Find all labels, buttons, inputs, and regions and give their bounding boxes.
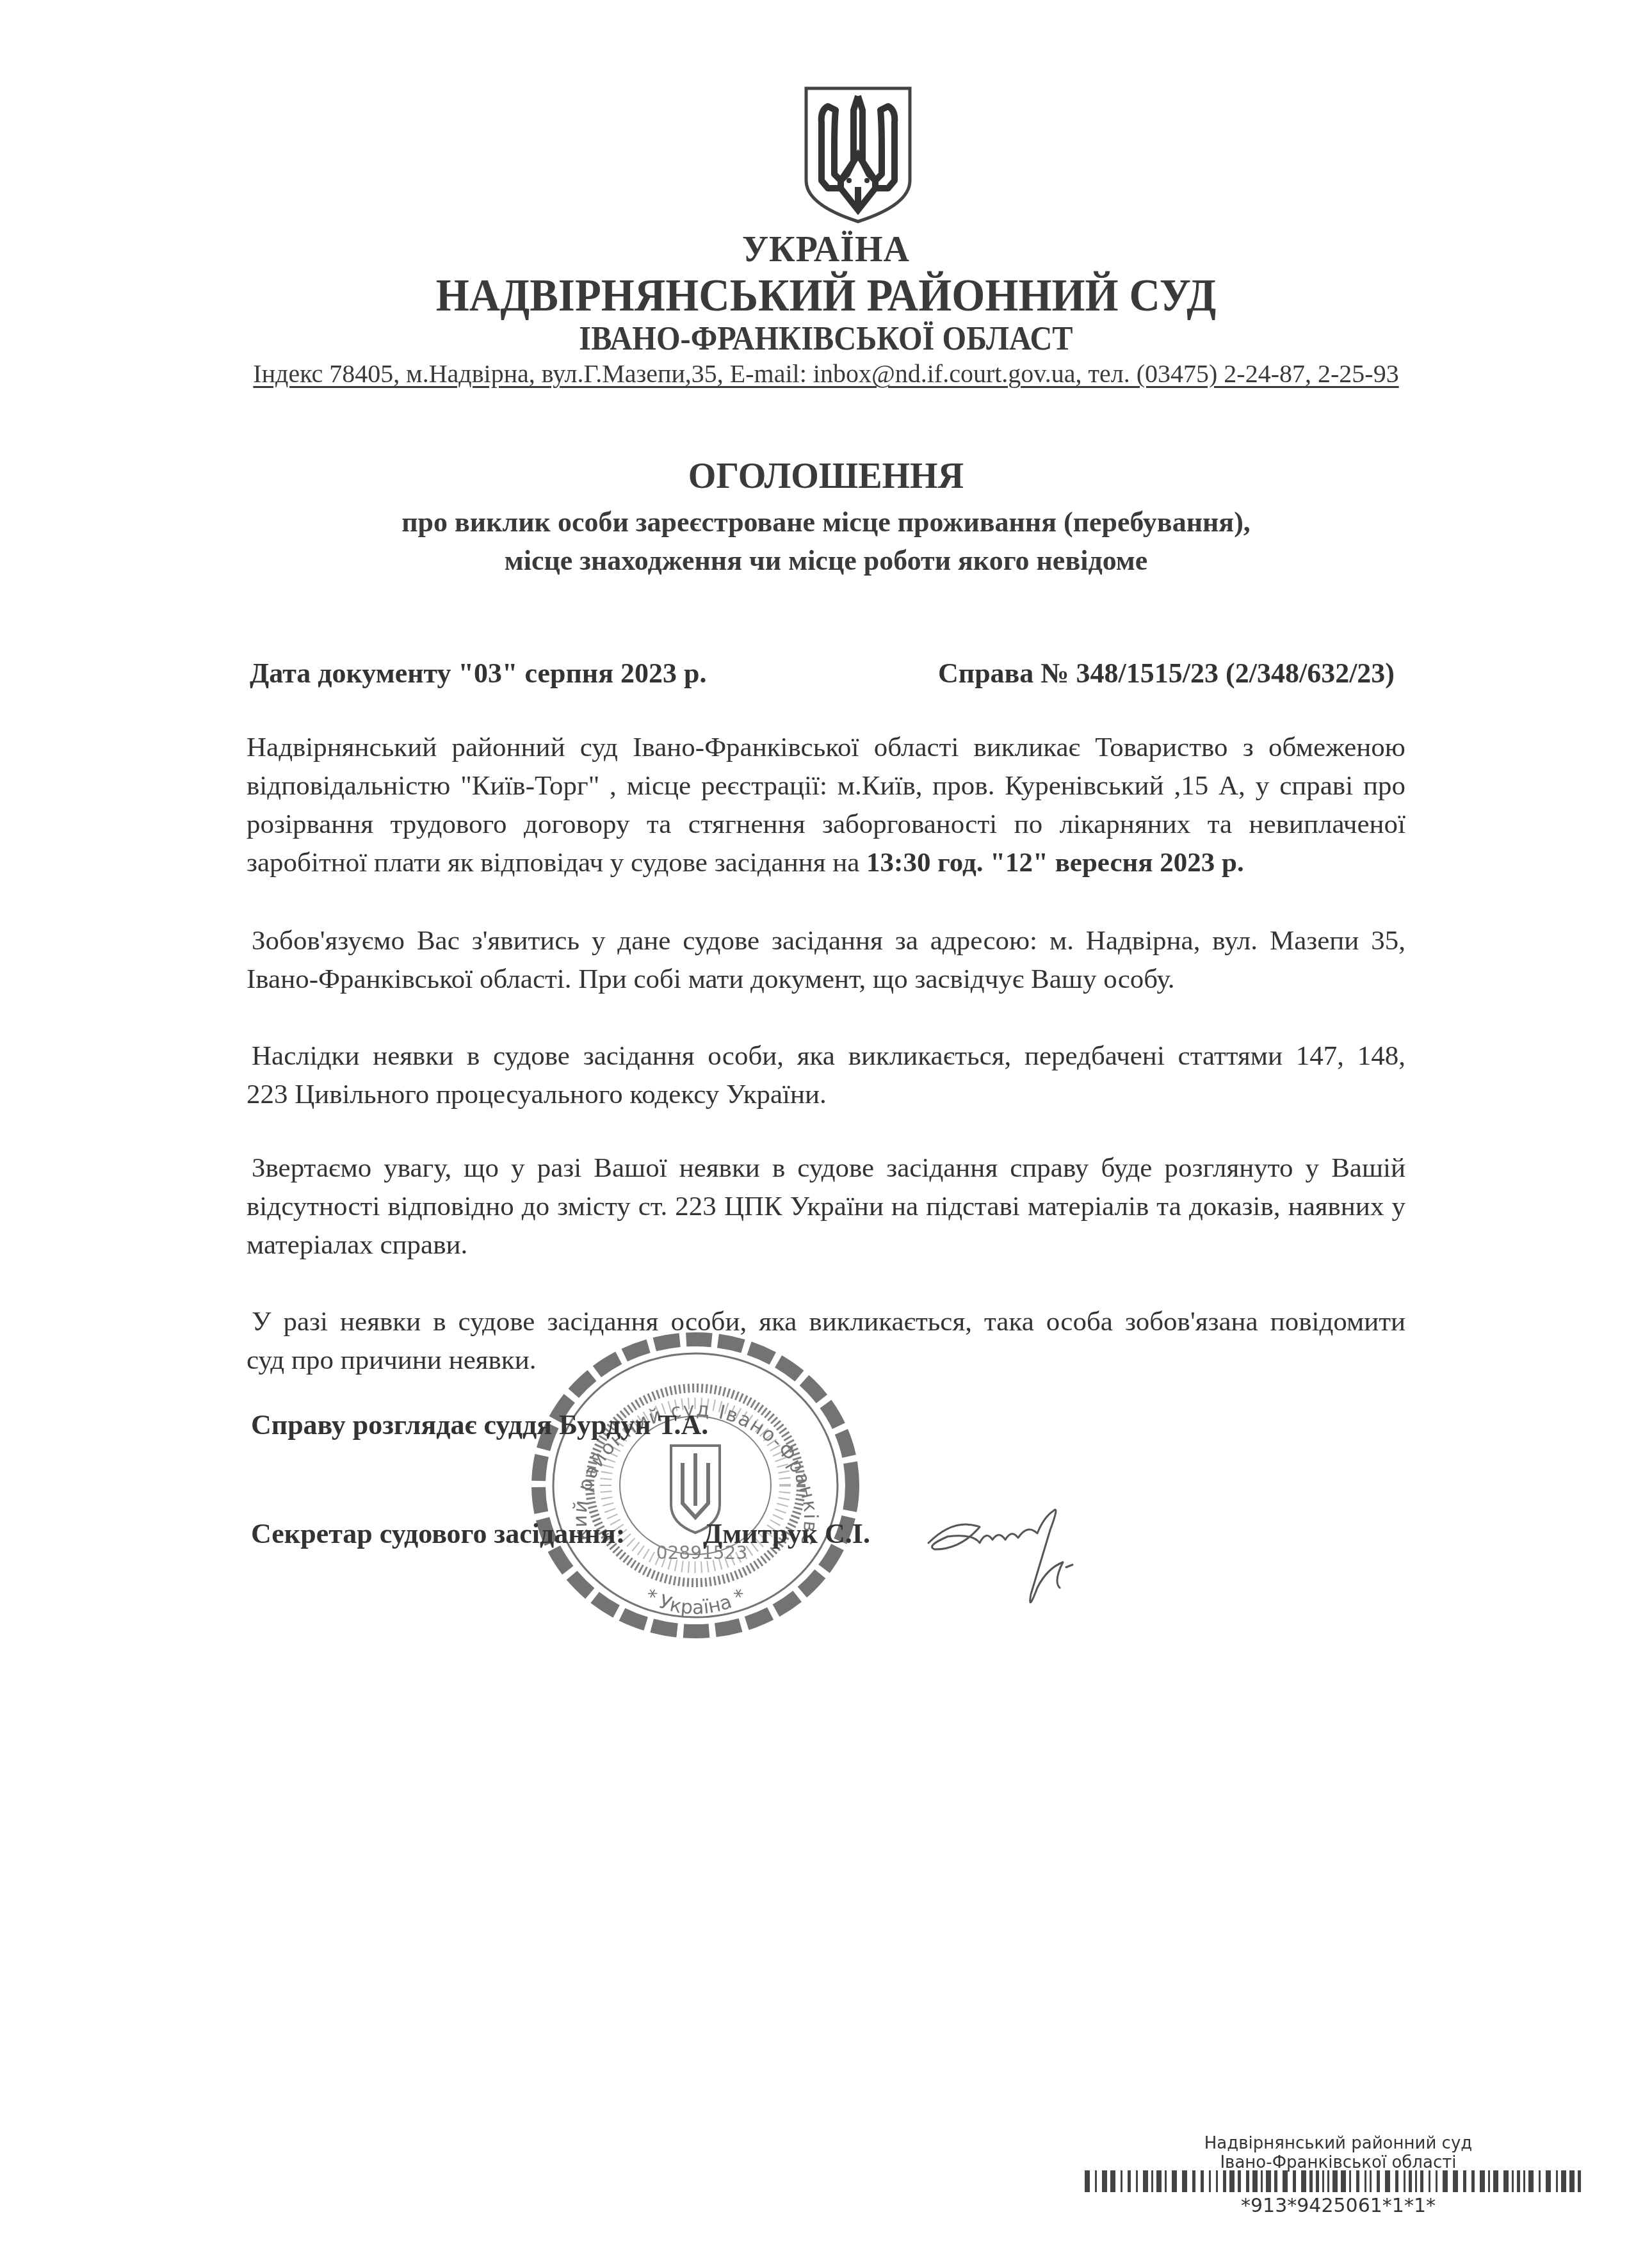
handwritten-signature (916, 1498, 1108, 1620)
court-name-heading: НАДВІРНЯНСЬКИЙ РАЙОННИЙ СУД (58, 269, 1594, 322)
region-heading: ІВАНО-ФРАНКІВСЬКОЇ ОБЛАСТ (58, 320, 1594, 358)
seal-bottom-text: * Україна * (641, 1585, 749, 1619)
notice-title: ОГОЛОШЕННЯ (0, 456, 1652, 497)
paragraph-consequences: Наслідки неявки в судове засідання особи… (247, 1037, 1405, 1114)
secretary-name: Дмитрук С.І. (703, 1517, 870, 1550)
line: розірвання трудового договору та стягнен… (247, 805, 1405, 844)
line: Зобов'язуємо Вас з'явитись у дане судове… (247, 922, 1405, 960)
line: заробітної плати як відповідач у судове … (247, 848, 866, 878)
secretary-label: Секретар судового засідання: (251, 1517, 625, 1550)
line: Наслідки неявки в судове засідання особи… (247, 1037, 1405, 1076)
line: відсутності відповідно до змісту ст. 223… (247, 1188, 1405, 1226)
barcode (1085, 2170, 1584, 2192)
paragraph-attention: Звертаємо увагу, що у разі Вашої неявки … (247, 1149, 1405, 1264)
court-seal-stamp: Надвірнянський районний суд Івано-Франкі… (529, 1332, 862, 1639)
document-date: Дата документу "03" серпня 2023 р. (250, 657, 706, 690)
contact-text: Індекс 78405, м.Надвірна, вул.Г.Мазепи,3… (253, 359, 1398, 388)
case-number: Справа № 348/1515/23 (2/348/632/23) (938, 657, 1395, 690)
line: відповідальністю "Київ-Торг" , місце реє… (247, 767, 1405, 805)
line: Надвірнянський районний суд Івано-Франкі… (247, 732, 1405, 763)
notice-subtitle-2: місце знаходження чи місце роботи якого … (0, 544, 1652, 577)
barcode-text: *913*9425061*1*1* (1089, 2195, 1588, 2217)
notice-subtitle-1: про виклик особи зареєстроване місце про… (0, 506, 1652, 538)
judge-line: Справу розглядає суддя Бурдун Т.А. (251, 1408, 708, 1441)
footer-court-line1: Надвірнянський районний суд (1089, 2134, 1588, 2153)
svg-text:* Україна *: * Україна * (641, 1585, 749, 1619)
paragraph-obligation: Зобов'язуємо Вас з'явитись у дане судове… (247, 922, 1405, 999)
line: Звертаємо увагу, що у разі Вашої неявки … (247, 1149, 1405, 1188)
line: 223 Цивільного процесуального кодексу Ук… (247, 1076, 1405, 1114)
paragraph-summons: Надвірнянський районний суд Івано-Франкі… (247, 729, 1405, 882)
line: матеріалах справи. (247, 1226, 1405, 1264)
footer-court-line2: Івано-Франківської області (1089, 2153, 1588, 2172)
hearing-datetime: 13:30 год. "12" вересня 2023 р. (866, 848, 1244, 878)
country-heading: УКРАЇНА (0, 229, 1652, 270)
coat-of-arms-icon (802, 85, 914, 225)
line: Івано-Франківської області. При собі мат… (247, 960, 1405, 999)
contact-line: Індекс 78405, м.Надвірна, вул.Г.Мазепи,3… (0, 359, 1652, 389)
